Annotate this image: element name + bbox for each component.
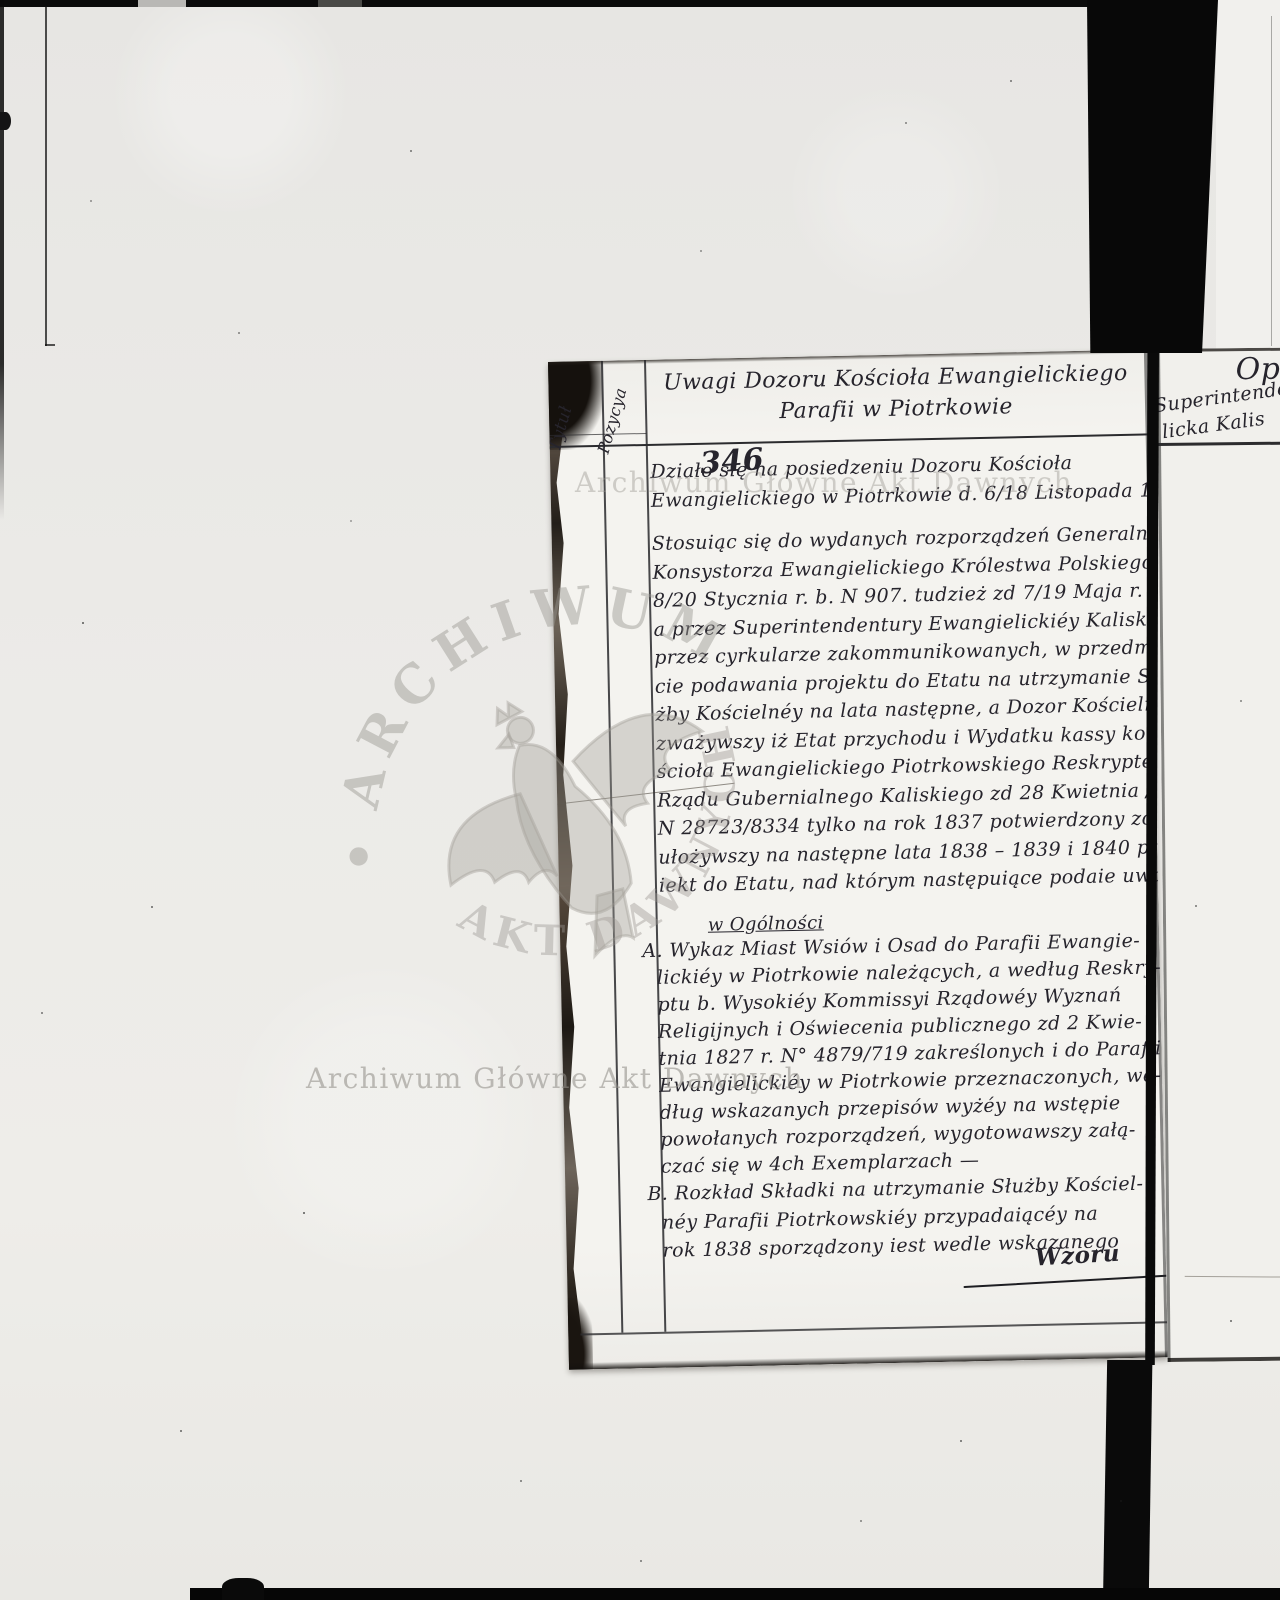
table-column-rule-1 xyxy=(601,361,623,1333)
ink-squiggle-line xyxy=(1185,1276,1280,1278)
adjacent-page-fragment: Op Superintendentu licka Kalis xyxy=(1157,348,1280,1362)
film-edge-left-strip xyxy=(0,0,4,520)
table-header-rule xyxy=(550,433,1149,448)
handwritten-body: Działo się na posiedzeniu Dozoru Kościoł… xyxy=(650,447,1155,900)
torn-page-edge xyxy=(548,362,586,1370)
page-gutter-gap-lower xyxy=(1103,1360,1155,1600)
manuscript-page: Tytuł Pozycya Uwagi Dozoru Kościoła Ewan… xyxy=(548,349,1168,1369)
section-a-paragraph: A. Wykaz Miast Wsiów i Osad do Parafii E… xyxy=(656,927,1161,1180)
scratch-line-right xyxy=(1271,16,1272,346)
page-gap-black-bar xyxy=(1085,0,1218,353)
signature-word: Wzoru xyxy=(1034,1240,1120,1272)
signature-underline-flourish xyxy=(963,1275,1167,1288)
section-heading-ogolnosci: w Ogólności xyxy=(708,912,824,935)
film-edge-bottom-band xyxy=(190,1588,1280,1600)
page-edge-shadow-bottom xyxy=(1168,1357,1280,1362)
film-edge-blob xyxy=(0,112,11,130)
table-bottom-rule xyxy=(580,1321,1167,1335)
document-scan: Tytuł Pozycya Uwagi Dozoru Kościoła Ewan… xyxy=(0,0,1280,1600)
page-heading: Uwagi Dozoru Kościoła EwangielickiegoPar… xyxy=(648,358,1143,430)
scratch-line-foot xyxy=(45,344,55,346)
page-edge-shadow-bottom xyxy=(569,1350,1168,1370)
film-edge-top-band xyxy=(0,0,1092,7)
scratch-line-vertical xyxy=(45,6,47,346)
table-header-rule xyxy=(1158,442,1280,446)
film-edge-bottom-blob xyxy=(222,1578,264,1600)
